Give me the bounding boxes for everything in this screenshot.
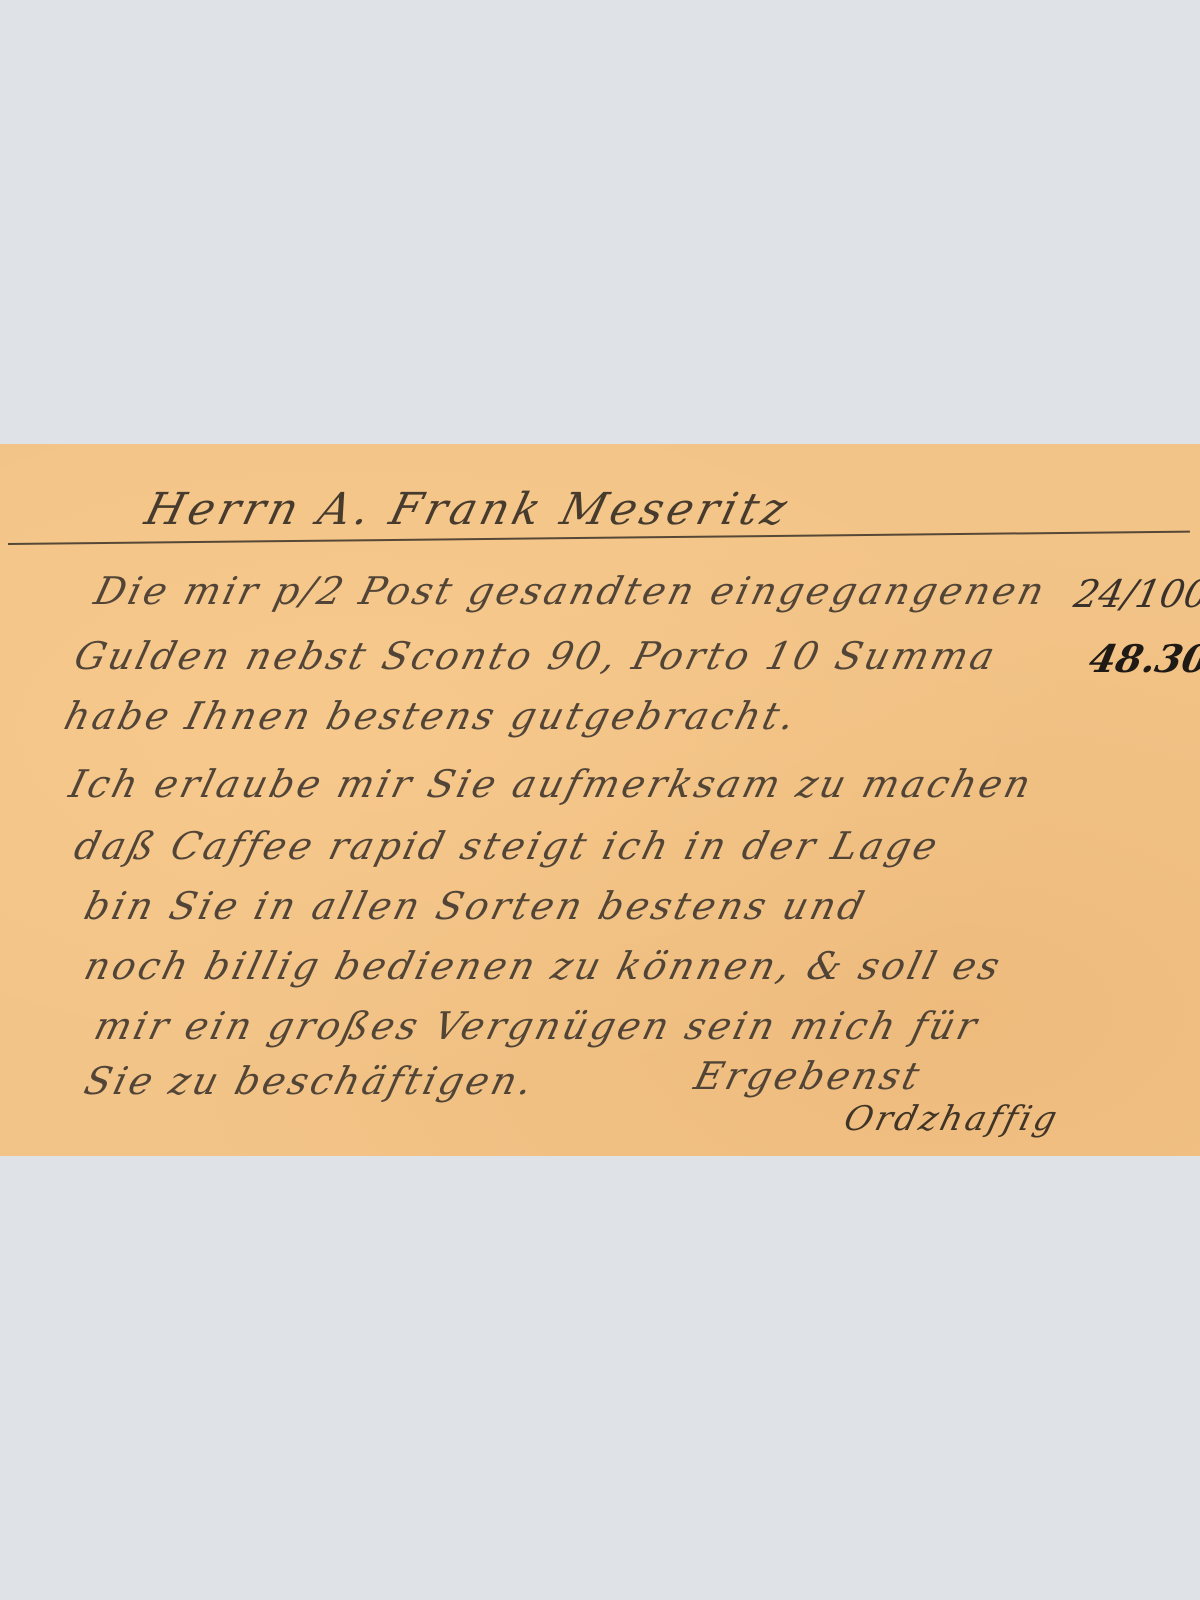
body-line: Die mir p/2 Post gesandten eingegangenen xyxy=(90,569,1051,613)
amount-line-2: 48.30 xyxy=(1085,636,1200,681)
body-line: Ich erlaube mir Sie aufmerksam zu machen xyxy=(65,762,1038,806)
body-line: habe Ihnen bestens gutgebracht. xyxy=(60,694,802,738)
body-line: bin Sie in allen Sorten bestens und xyxy=(80,884,871,928)
body-line: Sie zu beschäftigen. xyxy=(80,1059,540,1103)
signature: Ordzhaffig xyxy=(840,1099,1064,1139)
body-line: Gulden nebst Sconto 90, Porto 10 Summa xyxy=(70,634,1002,678)
closing: Ergebenst xyxy=(690,1054,927,1098)
amount-line-1: 24/100 xyxy=(1070,572,1200,616)
body-line: noch billig bedienen zu können, & soll e… xyxy=(80,944,1007,988)
body-line: mir ein großes Vergnügen sein mich für xyxy=(90,1004,984,1048)
postcard: Herrn A. Frank Meseritz Die mir p/2 Post… xyxy=(0,444,1200,1156)
address-line: Herrn A. Frank Meseritz xyxy=(140,484,796,535)
body-line: daß Caffee rapid steigt ich in der Lage xyxy=(70,824,945,868)
